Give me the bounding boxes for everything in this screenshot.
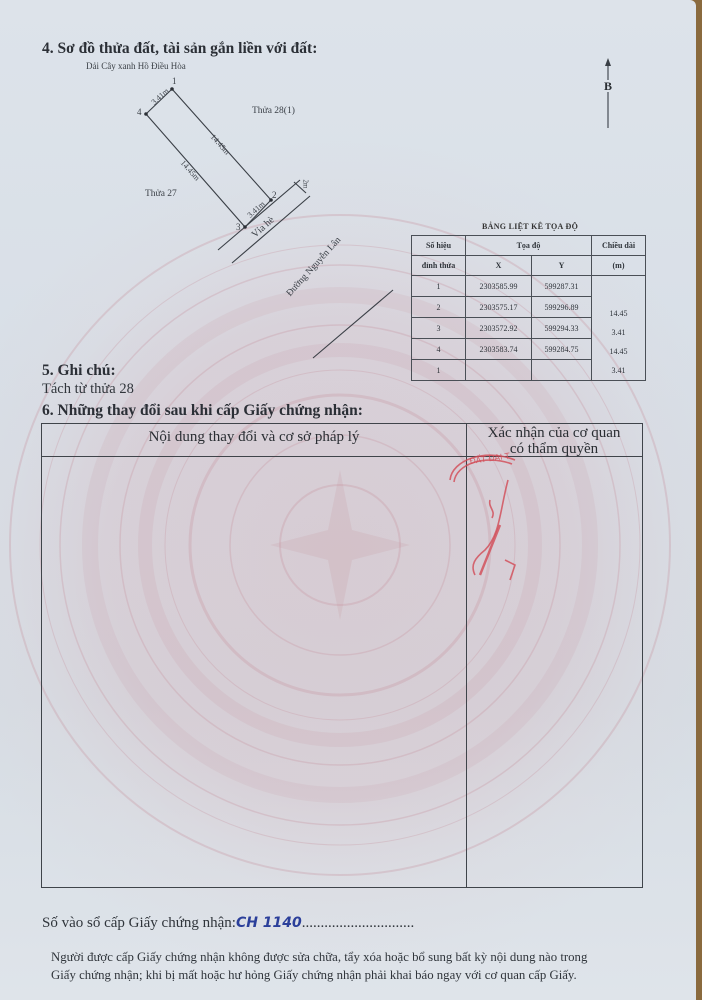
table-row: 1 2303585.99 599287.31 14.45 3.41 14.45 … <box>412 276 646 297</box>
header-vertex: Số hiệu <box>412 236 466 256</box>
registry-number: CH 1140 <box>236 915 302 931</box>
header-vertex-2: đỉnh thửa <box>412 256 466 276</box>
registry-dots: .............................. <box>302 915 415 931</box>
parcel-28-label: Thửa 28(1) <box>252 106 295 116</box>
vertex-3-label: 3 <box>236 222 241 232</box>
header-length-unit: (m) <box>592 256 646 276</box>
section-5-heading: 5. Ghi chú: <box>42 362 116 380</box>
sidewalk-width-label: 2m <box>301 180 309 189</box>
registry-label: Số vào sổ cấp Giấy chứng nhận: <box>42 915 236 931</box>
note-text: Tách từ thửa 28 <box>42 381 134 398</box>
coord-table: Số hiệu Tọa độ Chiều dài đỉnh thửa X Y (… <box>411 235 646 381</box>
coord-table-title: BẢNG LIỆT KÊ TỌA ĐỘ <box>482 222 578 231</box>
north-label: B <box>604 80 612 92</box>
vertex-2-label: 2 <box>272 190 277 200</box>
length-cell: 14.45 3.41 14.45 3.41 <box>592 276 646 381</box>
header-x: X <box>466 256 532 276</box>
notice-line-2: Giấy chứng nhận; khi bị mất hoặc hư hỏng… <box>51 968 577 983</box>
official-stamp: ĐẤT ĐAI T <box>430 440 560 590</box>
notice-line-1: Người được cấp Giấy chứng nhận không đượ… <box>51 950 587 965</box>
vertex-4-label: 4 <box>137 107 142 117</box>
certificate-page: 4. Sơ đồ thửa đất, tài sản gắn liền với … <box>0 0 696 1000</box>
parcel-27-label: Thửa 27 <box>145 189 177 199</box>
registry-number-row: Số vào sổ cấp Giấy chứng nhận:CH 1140...… <box>42 915 414 932</box>
vertex-1-label: 1 <box>172 76 177 86</box>
header-coords: Tọa độ <box>466 236 592 256</box>
header-length: Chiều dài <box>592 236 646 256</box>
section-6-heading: 6. Những thay đổi sau khi cấp Giấy chứng… <box>42 402 363 420</box>
changes-content-header: Nội dung thay đổi và cơ sở pháp lý <box>42 429 466 446</box>
svg-text:ĐẤT ĐAI T: ĐẤT ĐAI T <box>469 449 511 466</box>
header-y: Y <box>532 256 592 276</box>
